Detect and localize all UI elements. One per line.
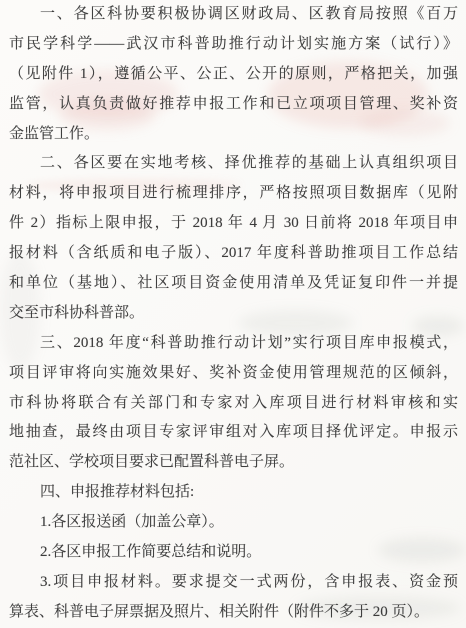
text-line: 1.各区报送函（加盖公章）。 [9,508,458,538]
document-body-text: 一、各区科协要积极协调区财政局、区教育局按照《百万市民学科学——武汉市科普助推行… [9,0,458,628]
text-line: 范社区、学校项目要求已配置科普电子屏。 [9,448,458,478]
text-line: 一、各区科协要积极协调区财政局、区教育局按照《百万 [9,0,458,30]
text-line: 算表、科普电子屏票据及照片、相关附件（附件不多于 20 页）。 [9,598,458,628]
paragraph-item-3: 三、2018 年度“科普助推行动计划”实行项目库申报模式，项目评审将向实施效果好… [9,329,458,478]
text-line: 件 2）指标上限申报，于 2018 年 4 月 30 日前将 2018 年项目申 [9,209,458,239]
text-line: （见附件 1），遵循公平、公正、公开的原则，严格把关，加强 [9,60,458,90]
text-line: 地抽查，最终由项目专家评审组对入库项目择优评定。申报示 [9,418,458,448]
text-line: 报材料（含纸质和电子版）、2017 年度科普助推项目工作总结 [9,239,458,269]
text-line: 和单位（基地）、社区项目资金使用清单及凭证复印件一并提 [9,269,458,299]
document-page: 一、各区科协要积极协调区财政局、区教育局按照《百万市民学科学——武汉市科普助推行… [0,0,466,628]
paragraph-item-2: 二、各区要在实地考核、择优推荐的基础上认真组织项目材料，将申报项目进行梳理排序，… [9,149,458,328]
text-line: 二、各区要在实地考核、择优推荐的基础上认真组织项目 [9,149,458,179]
text-line: 交至市科协科普部。 [9,299,458,329]
text-line: 3.项目申报材料。要求提交一式两份，含申报表、资金预 [9,568,458,598]
text-line: 材料，将申报项目进行梳理排序，严格按照项目数据库（见附 [9,179,458,209]
text-line: 金监管工作。 [9,120,458,150]
text-line: 四、申报推荐材料包括: [9,478,458,508]
paragraph-item-1: 一、各区科协要积极协调区财政局、区教育局按照《百万市民学科学——武汉市科普助推行… [9,0,458,149]
text-line: 项目评审将向实施效果好、奖补资金使用管理规范的区倾斜， [9,359,458,389]
text-line: 市科协将联合有关部门和专家对入库项目进行材料审核和实 [9,389,458,419]
paragraph-item-4: 四、申报推荐材料包括:1.各区报送函（加盖公章）。2.各区申报工作简要总结和说明… [9,478,458,627]
text-line: 2.各区申报工作简要总结和说明。 [9,538,458,568]
text-line: 监管，认真负责做好推荐申报工作和已立项项目管理、奖补资 [9,90,458,120]
text-line: 三、2018 年度“科普助推行动计划”实行项目库申报模式， [9,329,458,359]
text-line: 市民学科学——武汉市科普助推行动计划实施方案（试行）》 [9,30,458,60]
